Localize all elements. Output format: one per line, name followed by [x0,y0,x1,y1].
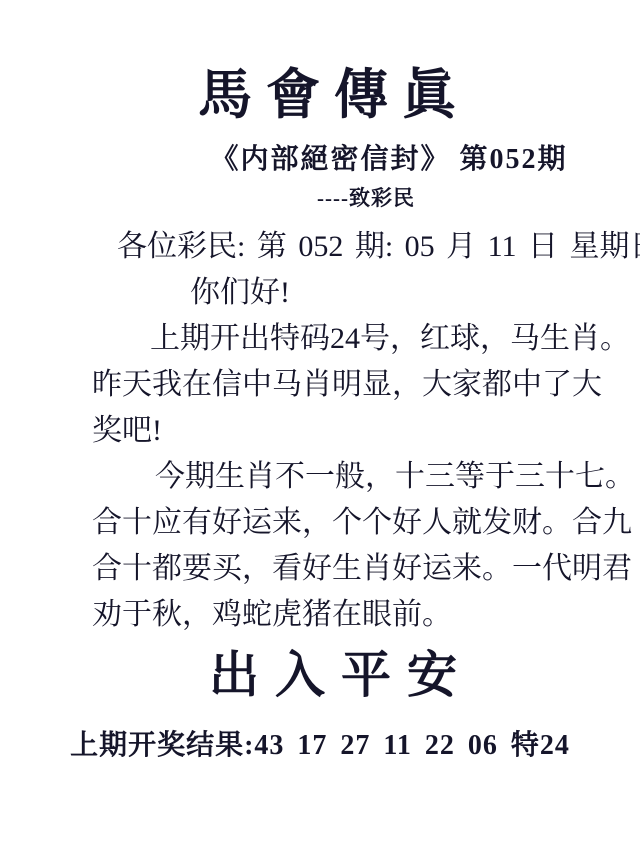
letter-line: 昨天我在信中马肖明显，大家都中了大 [92,362,626,408]
blessing-text: 出入平安 [0,643,640,708]
previous-draw-results-line: 上期开奖结果:43 17 27 11 22 06 特24 [0,728,640,764]
document-title: 馬會傳眞 [0,62,640,130]
letter-salutation-line: 各位彩民: 第 052 期: 05 月 11 日 星期日 [92,224,626,270]
letter-body: 各位彩民: 第 052 期: 05 月 11 日 星期日 你们好! 上期开出特码… [92,224,626,638]
document-subtitle-issue: 《内部絕密信封》 第052期 [0,140,640,179]
letter-line: 合十应有好运来，个个好人就发财。合九 [92,500,626,546]
letter-line: 劝于秋，鸡蛇虎猪在眼前。 [92,592,626,638]
dedication-line: ----致彩民 [0,185,640,212]
letter-greeting-line: 你们好! [92,270,626,316]
letter-line: 奖吧! [92,408,626,454]
lottery-fax-document: 馬會傳眞 《内部絕密信封》 第052期 ----致彩民 各位彩民: 第 052 … [0,0,640,849]
letter-line: 上期开出特码24号，红球，马生肖。 [92,316,626,362]
letter-line: 今期生肖不一般，十三等于三十七。 [92,454,626,500]
letter-line: 合十都要买，看好生肖好运来。一代明君 [92,546,626,592]
